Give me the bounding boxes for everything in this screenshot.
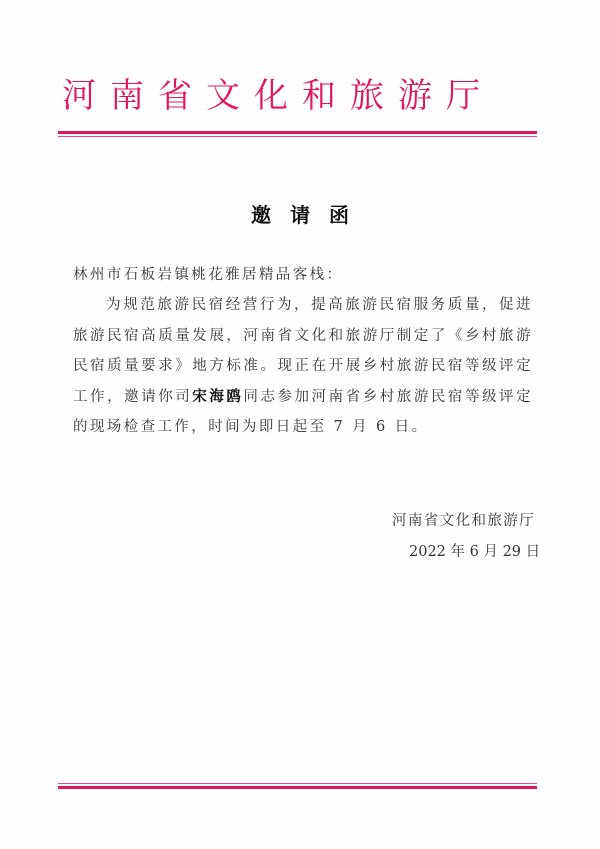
letterhead-organization: 河南省文化和旅游厅: [62, 76, 542, 116]
invitee-name: 宋海鸥: [192, 389, 243, 405]
salutation: 林州市石板岩镇桃花雅居精品客栈：: [73, 263, 343, 284]
document-title: 邀请函: [0, 199, 600, 228]
body-paragraph: 为规范旅游民宿经营行为，提高旅游民宿服务质量，促进旅游民宿高质量发展，河南省文化…: [73, 290, 533, 443]
letterhead-rule-thick: [58, 131, 537, 134]
letterhead-rule-thin: [58, 136, 537, 137]
signature-date: 2022 年 6 月 29 日: [409, 540, 540, 561]
signature-organization: 河南省文化和旅游厅: [392, 509, 535, 530]
footer-rule-thin: [58, 783, 537, 784]
footer-rule-thick: [58, 786, 537, 789]
